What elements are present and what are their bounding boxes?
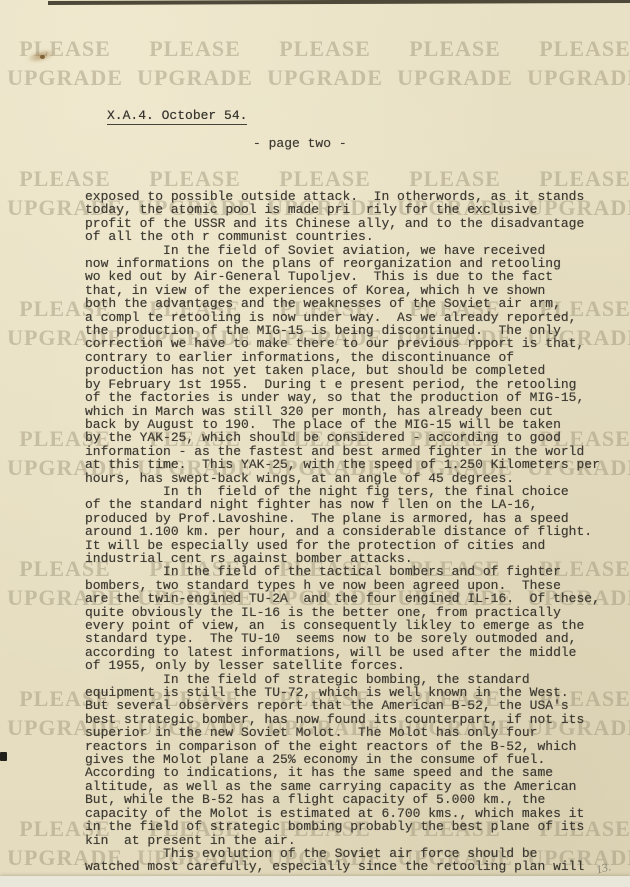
watermark-text: PLEASEUPGRADE	[522, 34, 630, 92]
paragraph: This evolution of the Soviet air force s…	[85, 847, 615, 874]
scan-edge-top	[48, 0, 630, 5]
scan-edge-bottom	[0, 876, 630, 887]
page-label: - page two -	[253, 136, 347, 151]
paper-stain-dot	[40, 55, 45, 59]
paragraph: In the field of the tactical bombers and…	[85, 565, 615, 672]
watermark-text: PLEASEUPGRADE	[262, 34, 388, 92]
paragraph: In the field of strategic bombing, the s…	[85, 673, 615, 847]
paragraph: exposed to possible outside attack. In o…	[85, 190, 615, 244]
watermark-text: PLEASEUPGRADE	[392, 34, 518, 92]
handwritten-page-number: 13.	[594, 859, 612, 877]
document-body: exposed to possible outside attack. In o…	[85, 190, 615, 874]
watermark-text: PLEASEUPGRADE	[2, 34, 128, 92]
paragraph: In th field of the night fig ters, the f…	[85, 485, 615, 565]
scan-edge-mark	[0, 752, 7, 761]
scanned-document-page: PLEASEUPGRADEPLEASEUPGRADEPLEASEUPGRADEP…	[0, 0, 630, 887]
watermark-text: PLEASEUPGRADE	[132, 34, 258, 92]
document-reference: X.A.4. October 54.	[107, 108, 247, 125]
paragraph: In the field of Soviet aviation, we have…	[85, 244, 615, 485]
